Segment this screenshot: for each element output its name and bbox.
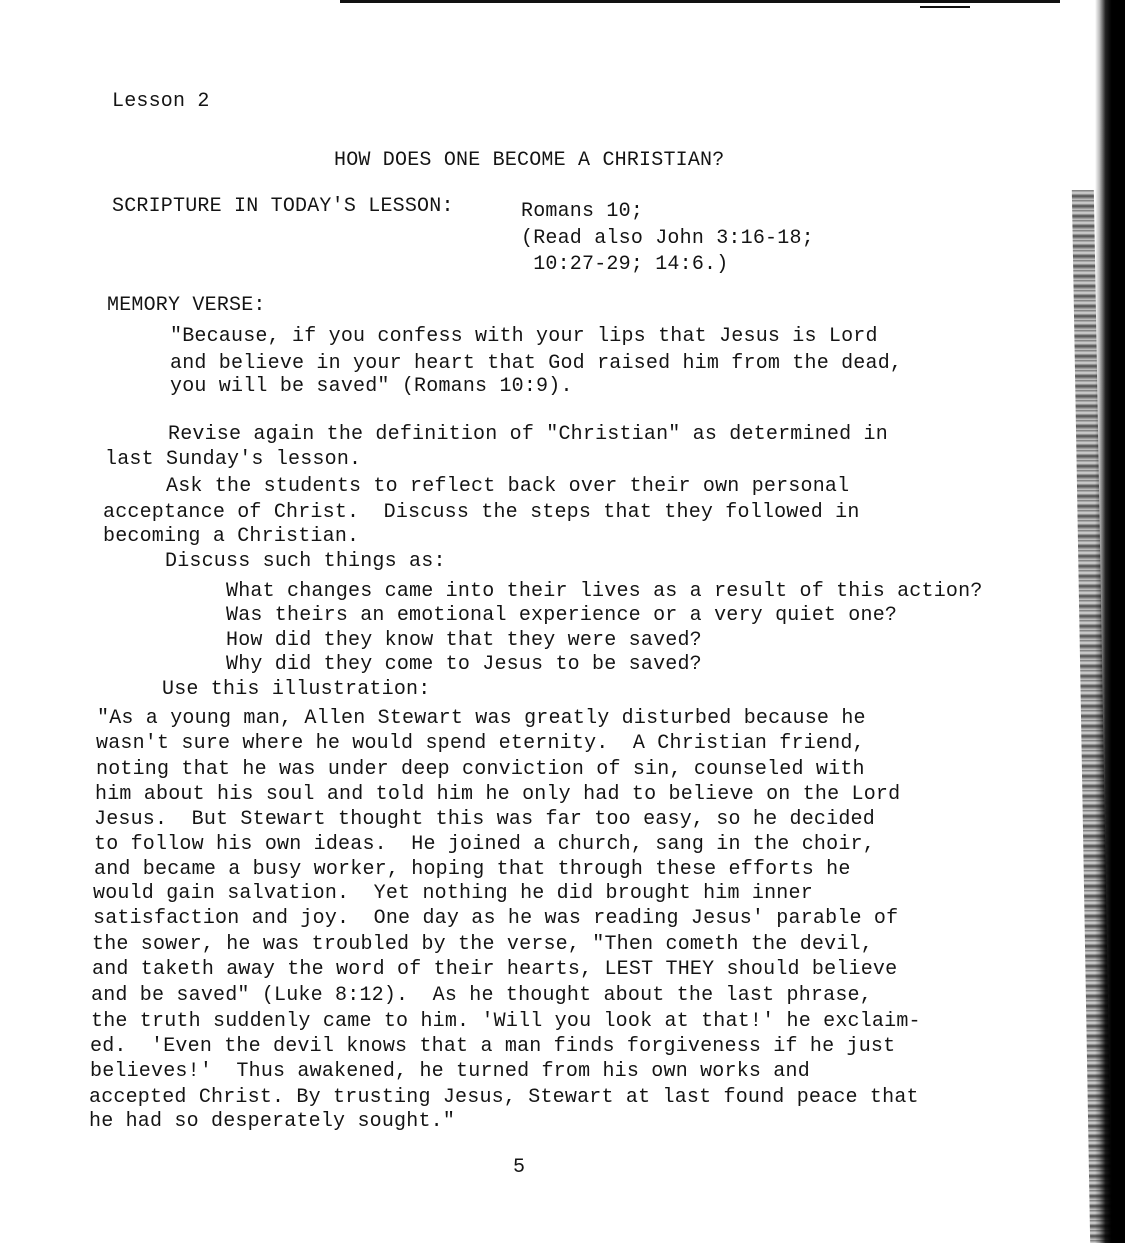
illustration-line: believes!' Thus awakened, he turned from… — [90, 1061, 810, 1083]
illustration-line: he had so desperately sought." — [89, 1111, 455, 1133]
illustration-line: to follow his own ideas. He joined a chu… — [94, 834, 875, 856]
illustration-label: Use this illustration: — [162, 679, 430, 701]
ask-paragraph: becoming a Christian. — [103, 526, 359, 548]
scripture-label: SCRIPTURE IN TODAY'S LESSON: — [112, 196, 454, 218]
memory-verse-label: MEMORY VERSE: — [107, 295, 266, 317]
scan-top-border — [340, 0, 1060, 3]
page-title: HOW DOES ONE BECOME A CHRISTIAN? — [334, 150, 724, 172]
discuss-label: Discuss such things as: — [165, 551, 446, 573]
revise-paragraph: Revise again the definition of "Christia… — [168, 424, 888, 446]
illustration-line: noting that he was under deep conviction… — [96, 759, 865, 781]
scripture-line: 10:27-29; 14:6.) — [521, 254, 728, 276]
illustration-line: and became a busy worker, hoping that th… — [94, 859, 851, 881]
illustration-line: wasn't sure where he would spend eternit… — [96, 733, 865, 755]
discussion-question: What changes came into their lives as a … — [226, 581, 983, 603]
illustration-line: would gain salvation. Yet nothing he did… — [93, 883, 813, 905]
illustration-line: accepted Christ. By trusting Jesus, Stew… — [89, 1087, 919, 1109]
illustration-line: Jesus. But Stewart thought this was far … — [94, 809, 875, 831]
illustration-line: ed. 'Even the devil knows that a man fin… — [90, 1036, 895, 1058]
ask-paragraph: Ask the students to reflect back over th… — [166, 476, 849, 498]
scripture-line: (Read also John 3:16-18; — [521, 228, 814, 250]
illustration-line: him about his soul and told him he only … — [95, 784, 900, 806]
page-number: 5 — [513, 1157, 525, 1179]
illustration-line: satisfaction and joy. One day as he was … — [93, 908, 898, 930]
illustration-line: and taketh away the word of their hearts… — [92, 959, 897, 981]
discussion-question: Was theirs an emotional experience or a … — [226, 605, 897, 627]
illustration-line: the sower, he was troubled by the verse,… — [92, 934, 873, 956]
discussion-question: How did they know that they were saved? — [226, 630, 702, 652]
lesson-label: Lesson 2 — [112, 91, 210, 113]
memory-verse-line: and believe in your heart that God raise… — [170, 353, 902, 375]
illustration-line: and be saved" (Luke 8:12). As he thought… — [91, 985, 872, 1007]
memory-verse-line: "Because, if you confess with your lips … — [170, 326, 878, 348]
revise-paragraph: last Sunday's lesson. — [105, 449, 361, 471]
memory-verse-line: you will be saved" (Romans 10:9). — [170, 376, 573, 398]
illustration-line: "As a young man, Allen Stewart was great… — [97, 708, 866, 730]
ask-paragraph: acceptance of Christ. Discuss the steps … — [103, 502, 860, 524]
illustration-line: the truth suddenly came to him. 'Will yo… — [91, 1011, 921, 1033]
discussion-question: Why did they come to Jesus to be saved? — [226, 654, 702, 676]
scan-top-mark — [920, 6, 970, 8]
scripture-line: Romans 10; — [521, 201, 643, 223]
